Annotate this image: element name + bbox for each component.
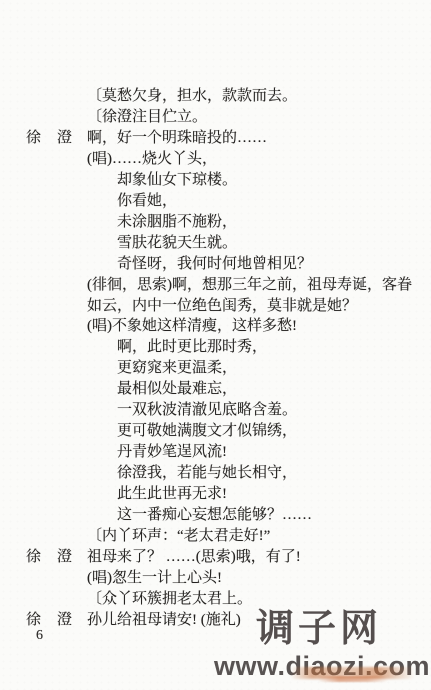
speaker-name: 徐澄 <box>26 608 88 629</box>
line-text: 更可敬她满腹文才似锦绣， <box>117 419 297 440</box>
line-text: 啊，此时更比那时秀， <box>117 335 267 356</box>
script-line: (唱)怱生一计上心头! <box>0 566 431 586</box>
line-text: 更窈窕来更温柔， <box>117 356 237 377</box>
script-line: 更可敬她满腹文才似锦绣， <box>0 419 431 439</box>
script-line: 徐澄啊，好一个明珠暗投的…… <box>0 126 431 146</box>
line-text: 〔徐澄注目伫立。 <box>87 105 207 126</box>
script-line: 如云，内中一位绝色闺秀，莫非就是她？ <box>0 294 431 314</box>
script-line: 你看她， <box>0 189 431 209</box>
script-line: 雪肤花貌天生就。 <box>0 231 431 251</box>
line-text: 〔莫愁欠身，担水，款款而去。 <box>87 84 297 105</box>
page-number: 6 <box>36 628 43 644</box>
script-line: 未涂胭脂不施粉， <box>0 210 431 230</box>
script-line: 〔徐澄注目伫立。 <box>0 105 431 125</box>
script-line: (唱)……烧火丫头， <box>0 147 431 167</box>
script-line: 徐澄我，若能与她长相守， <box>0 461 431 481</box>
script-line: 最相似处最难忘， <box>0 377 431 397</box>
speaker-name: 徐澄 <box>26 126 88 147</box>
line-text: 却象仙女下琼楼。 <box>117 168 237 189</box>
watermark-site-name: 调子网 <box>256 608 382 650</box>
line-text: 徐澄我，若能与她长相守， <box>117 461 297 482</box>
line-text: (唱)不象她这样清瘦，这样多愁! <box>87 314 297 335</box>
speaker-name: 徐澄 <box>26 545 88 566</box>
line-text: 未涂胭脂不施粉， <box>117 210 237 231</box>
script-line: 一双秋波清澈见底略含羞。 <box>0 398 431 418</box>
script-line: 却象仙女下琼楼。 <box>0 168 431 188</box>
script-line: (唱)不象她这样清瘦，这样多愁! <box>0 314 431 334</box>
script-line: 〔莫愁欠身，担水，款款而去。 <box>0 84 431 104</box>
script-line: 丹青妙笔逞风流! <box>0 440 431 460</box>
line-text: 奇怪呀，我何时何地曾相见？ <box>117 252 312 273</box>
script-line: 啊，此时更比那时秀， <box>0 335 431 355</box>
script-line: 〔内丫环声：“老太君走好!” <box>0 524 431 544</box>
line-text: (唱)……烧火丫头， <box>87 147 217 168</box>
line-text: 〔众丫环簇拥老太君上。 <box>87 587 252 608</box>
line-text: 丹青妙笔逞风流! <box>117 440 227 461</box>
book-page: 〔莫愁欠身，担水，款款而去。〔徐澄注目伫立。徐澄啊，好一个明珠暗投的……(唱)…… <box>0 0 431 690</box>
line-text: 你看她， <box>117 189 177 210</box>
line-text: (徘徊，思索)啊，想那三年之前，祖母寿诞，客眷 <box>87 273 412 294</box>
script-line: 奇怪呀，我何时何地曾相见？ <box>0 252 431 272</box>
script-line: 更窈窕来更温柔， <box>0 356 431 376</box>
line-text: 一双秋波清澈见底略含羞。 <box>117 398 297 419</box>
script-line: (徘徊，思索)啊，想那三年之前，祖母寿诞，客眷 <box>0 273 431 293</box>
script-line: 徐澄祖母来了？ ……(思索)哦，有了! <box>0 545 431 565</box>
line-text: 最相似处最难忘， <box>117 377 237 398</box>
script-line: 此生此世再无求! <box>0 482 431 502</box>
line-text: 如云，内中一位绝色闺秀，莫非就是她？ <box>87 294 357 315</box>
line-text: (唱)怱生一计上心头! <box>87 566 222 587</box>
line-text: 孙儿给祖母请安! (施礼) <box>87 608 241 629</box>
line-text: 〔内丫环声：“老太君走好!” <box>87 524 270 545</box>
line-text: 雪肤花貌天生就。 <box>117 231 237 252</box>
script-line: 这一番痴心妄想怎能够？…… <box>0 503 431 523</box>
script-line: 〔众丫环簇拥老太君上。 <box>0 587 431 607</box>
line-text: 啊，好一个明珠暗投的…… <box>87 126 267 147</box>
line-text: 祖母来了？ ……(思索)哦，有了! <box>87 545 301 566</box>
line-text: 此生此世再无求! <box>117 482 227 503</box>
watermark-overlay-smudge-small <box>318 676 388 682</box>
line-text: 这一番痴心妄想怎能够？…… <box>117 503 312 524</box>
